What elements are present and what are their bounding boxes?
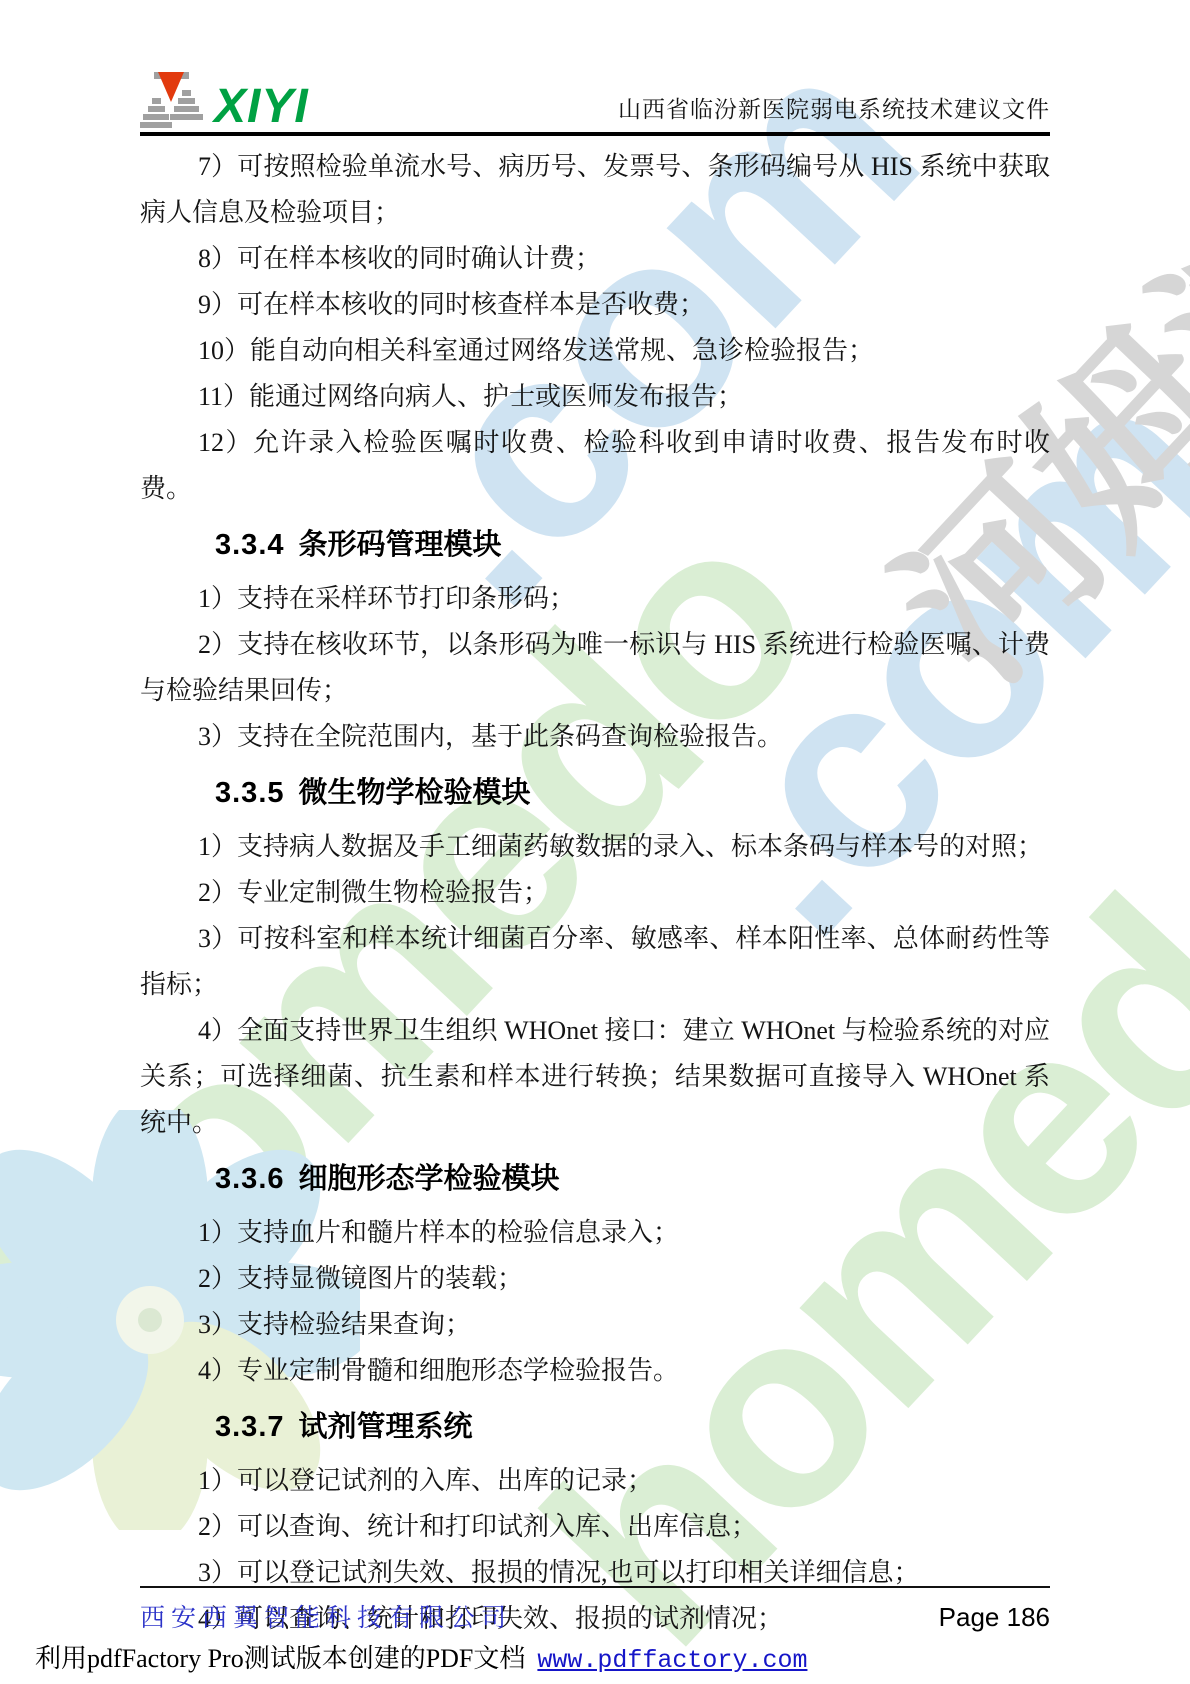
list-item: 1）可以登记试剂的入库、出库的记录； [140, 1458, 1050, 1504]
section-number: 3.3.4 [215, 529, 285, 561]
section-title: 细胞形态学检验模块 [299, 1163, 560, 1195]
section-number: 3.3.5 [215, 777, 285, 809]
list-item: 3）支持在全院范围内，基于此条码查询检验报告。 [140, 714, 1050, 760]
section-title: 试剂管理系统 [299, 1411, 473, 1443]
page-number: Page 186 [939, 1602, 1050, 1633]
list-item: 3）支持检验结果查询； [140, 1302, 1050, 1348]
section-heading: 3.3.5微生物学检验模块 [215, 770, 1050, 816]
footer-company: 西安西翼智能科技有限公司 [140, 1598, 512, 1634]
list-item: 4）专业定制骨髓和细胞形态学检验报告。 [140, 1348, 1050, 1394]
pdf-notice-text: 利用pdfFactory Pro测试版本创建的PDF文档 [35, 1644, 525, 1673]
list-item: 2）专业定制微生物检验报告； [140, 870, 1050, 916]
company-logo: XIYI [140, 70, 309, 132]
section-title: 微生物学检验模块 [299, 777, 531, 809]
list-item: 1）支持在采样环节打印条形码； [140, 576, 1050, 622]
logo-mark-icon [140, 70, 206, 130]
list-item: 3）可按科室和样本统计细菌百分率、敏感率、样本阳性率、总体耐药性等指标； [140, 916, 1050, 1008]
page-header: XIYI 山西省临汾新医院弱电系统技术建议文件 [140, 0, 1050, 136]
section-heading: 3.3.6细胞形态学检验模块 [215, 1156, 1050, 1202]
list-item: 11）能通过网络向病人、护士或医师发布报告； [140, 374, 1050, 420]
pdf-factory-notice: 利用pdfFactory Pro测试版本创建的PDF文档www.pdffacto… [35, 1638, 807, 1675]
page-footer: 西安西翼智能科技有限公司 Page 186 [140, 1586, 1050, 1634]
list-item: 4）全面支持世界卫生组织 WHOnet 接口：建立 WHOnet 与检验系统的对… [140, 1008, 1050, 1146]
section-number: 3.3.7 [215, 1411, 285, 1443]
list-item: 1）支持血片和髓片样本的检验信息录入； [140, 1210, 1050, 1256]
section-title: 条形码管理模块 [299, 529, 502, 561]
list-item: 1）支持病人数据及手工细菌药敏数据的录入、标本条码与样本号的对照； [140, 824, 1050, 870]
logo-text: XIYI [214, 84, 309, 130]
list-item: 2）支持显微镜图片的装载； [140, 1256, 1050, 1302]
section-heading: 3.3.7试剂管理系统 [215, 1404, 1050, 1450]
document-title: 山西省临汾新医院弱电系统技术建议文件 [618, 91, 1050, 132]
list-item: 9）可在样本核收的同时核查样本是否收费； [140, 282, 1050, 328]
document-page: homedo .com .com 河姆渡 homedo [0, 0, 1190, 1684]
list-item: 10）能自动向相关科室通过网络发送常规、急诊检验报告； [140, 328, 1050, 374]
section-number: 3.3.6 [215, 1163, 285, 1195]
list-item: 8）可在样本核收的同时确认计费； [140, 236, 1050, 282]
list-item: 7）可按照检验单流水号、病历号、发票号、条形码编号从 HIS 系统中获取病人信息… [140, 144, 1050, 236]
list-item: 2）可以查询、统计和打印试剂入库、出库信息； [140, 1504, 1050, 1550]
section-heading: 3.3.4条形码管理模块 [215, 522, 1050, 568]
list-item: 12）允许录入检验医嘱时收费、检验科收到申请时收费、报告发布时收费。 [140, 420, 1050, 512]
list-item: 2）支持在核收环节，以条形码为唯一标识与 HIS 系统进行检验医嘱、计费与检验结… [140, 622, 1050, 714]
document-body: 7）可按照检验单流水号、病历号、发票号、条形码编号从 HIS 系统中获取病人信息… [140, 144, 1050, 1642]
pdf-factory-link[interactable]: www.pdffactory.com [537, 1646, 807, 1675]
